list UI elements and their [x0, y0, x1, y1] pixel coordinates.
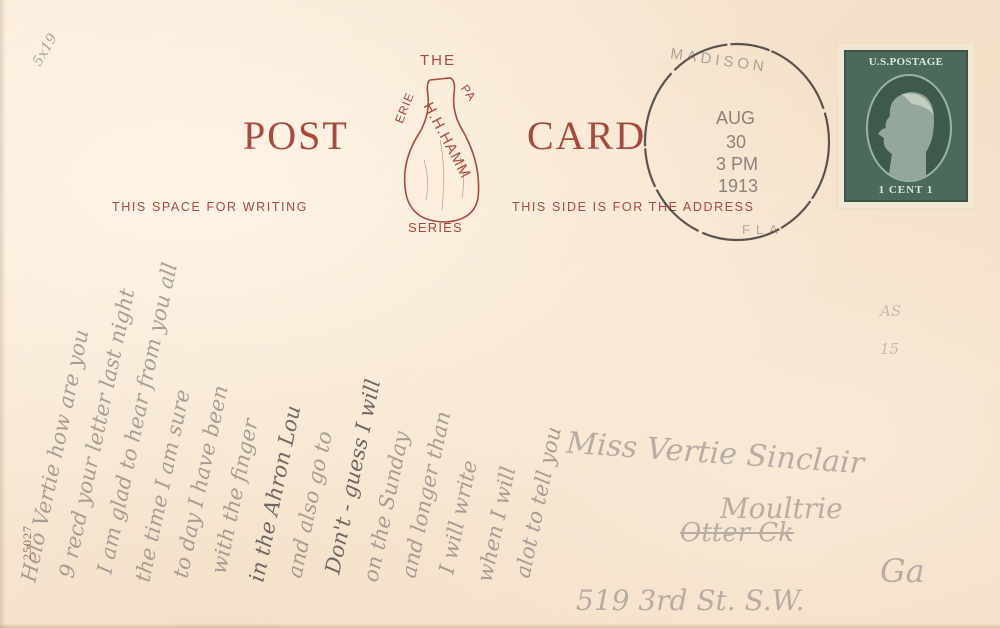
card-title: CARD	[527, 112, 646, 159]
post-title: POST	[243, 112, 349, 159]
corner-note: 5x19	[30, 31, 61, 69]
card-edge-bottom	[0, 623, 1000, 628]
writing-space-caption: THIS SPACE FOR WRITING	[112, 200, 308, 214]
address-state: Ga	[880, 552, 925, 590]
postage-stamp: U.S.POSTAGE 1 CENT 1	[838, 44, 974, 208]
postcard-back: Helo Vertie how are you9 recd your lette…	[0, 0, 1000, 628]
address-struck-out: Otter Ck	[680, 518, 794, 548]
postmark-day: 30	[726, 132, 746, 153]
stamp-top-label: U.S.POSTAGE	[846, 56, 966, 68]
pencil-note-line: AS	[880, 292, 901, 330]
message-line: alot to tell you	[511, 425, 566, 580]
postmark-time: 3 PM	[716, 154, 758, 175]
logo-series: SERIES	[408, 220, 463, 235]
postmark-month: AUG	[716, 108, 755, 129]
stamp-face: U.S.POSTAGE 1 CENT 1	[844, 50, 968, 202]
logo-the: THE	[420, 52, 456, 69]
address-recipient: Miss Vertie Sinclair	[565, 426, 865, 482]
pencil-note-line: 15	[880, 330, 901, 368]
washington-portrait-icon	[866, 74, 952, 182]
pencil-note: AS 15	[880, 292, 901, 368]
address-street: 519 3rd St. S.W.	[576, 584, 804, 617]
print-number: 25027	[20, 525, 35, 560]
card-edge-left	[0, 0, 6, 628]
postmark-state: FLA	[742, 222, 784, 237]
postmark-year: 1913	[718, 176, 758, 197]
stamp-denomination: 1 CENT 1	[846, 184, 966, 196]
